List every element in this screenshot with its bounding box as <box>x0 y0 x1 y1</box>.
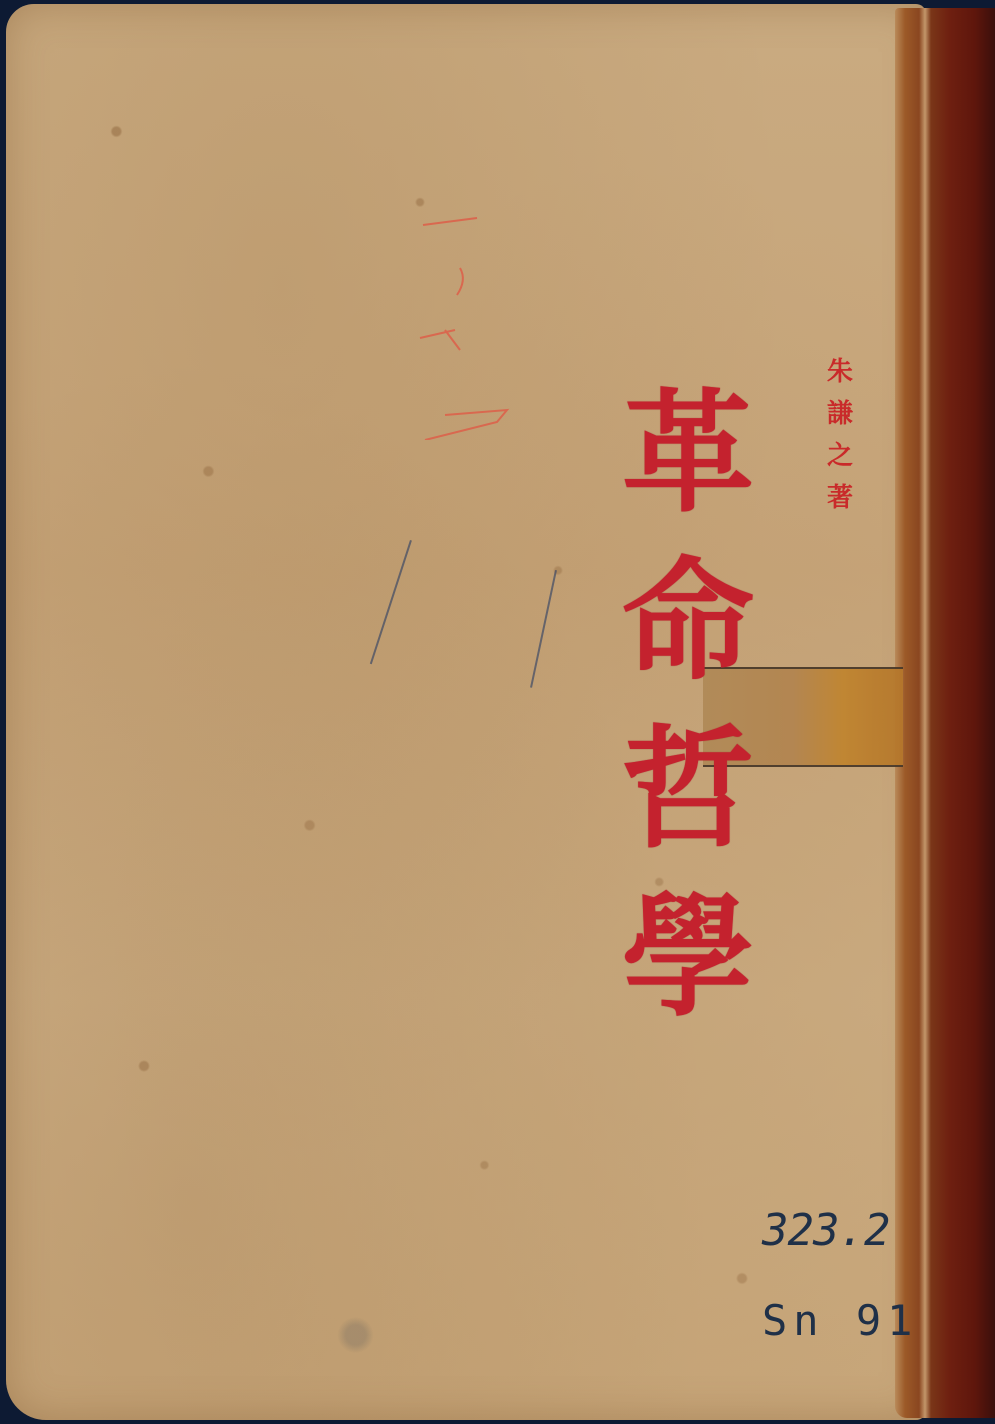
title-char: 革 <box>622 388 754 520</box>
call-number-cutter: Sn 91 <box>762 1295 918 1347</box>
title-char: 哲 <box>622 724 754 856</box>
title-char: 學 <box>622 892 754 1024</box>
author-char: 之 <box>827 440 853 472</box>
library-call-number: 323.2 Sn 91 <box>762 1205 918 1347</box>
author-line: 朱 謙 之 著 <box>818 356 862 514</box>
author-char: 謙 <box>827 398 853 430</box>
book-title: 革 命 哲 學 <box>608 388 768 1024</box>
author-char: 著 <box>827 482 853 514</box>
red-pencil-marks <box>415 200 515 440</box>
author-char: 朱 <box>827 356 853 388</box>
title-char: 命 <box>622 556 754 688</box>
call-number-class: 323.2 <box>762 1205 918 1257</box>
book-cover-scan: 革 命 哲 學 朱 謙 之 著 323.2 Sn 91 <box>0 0 995 1424</box>
